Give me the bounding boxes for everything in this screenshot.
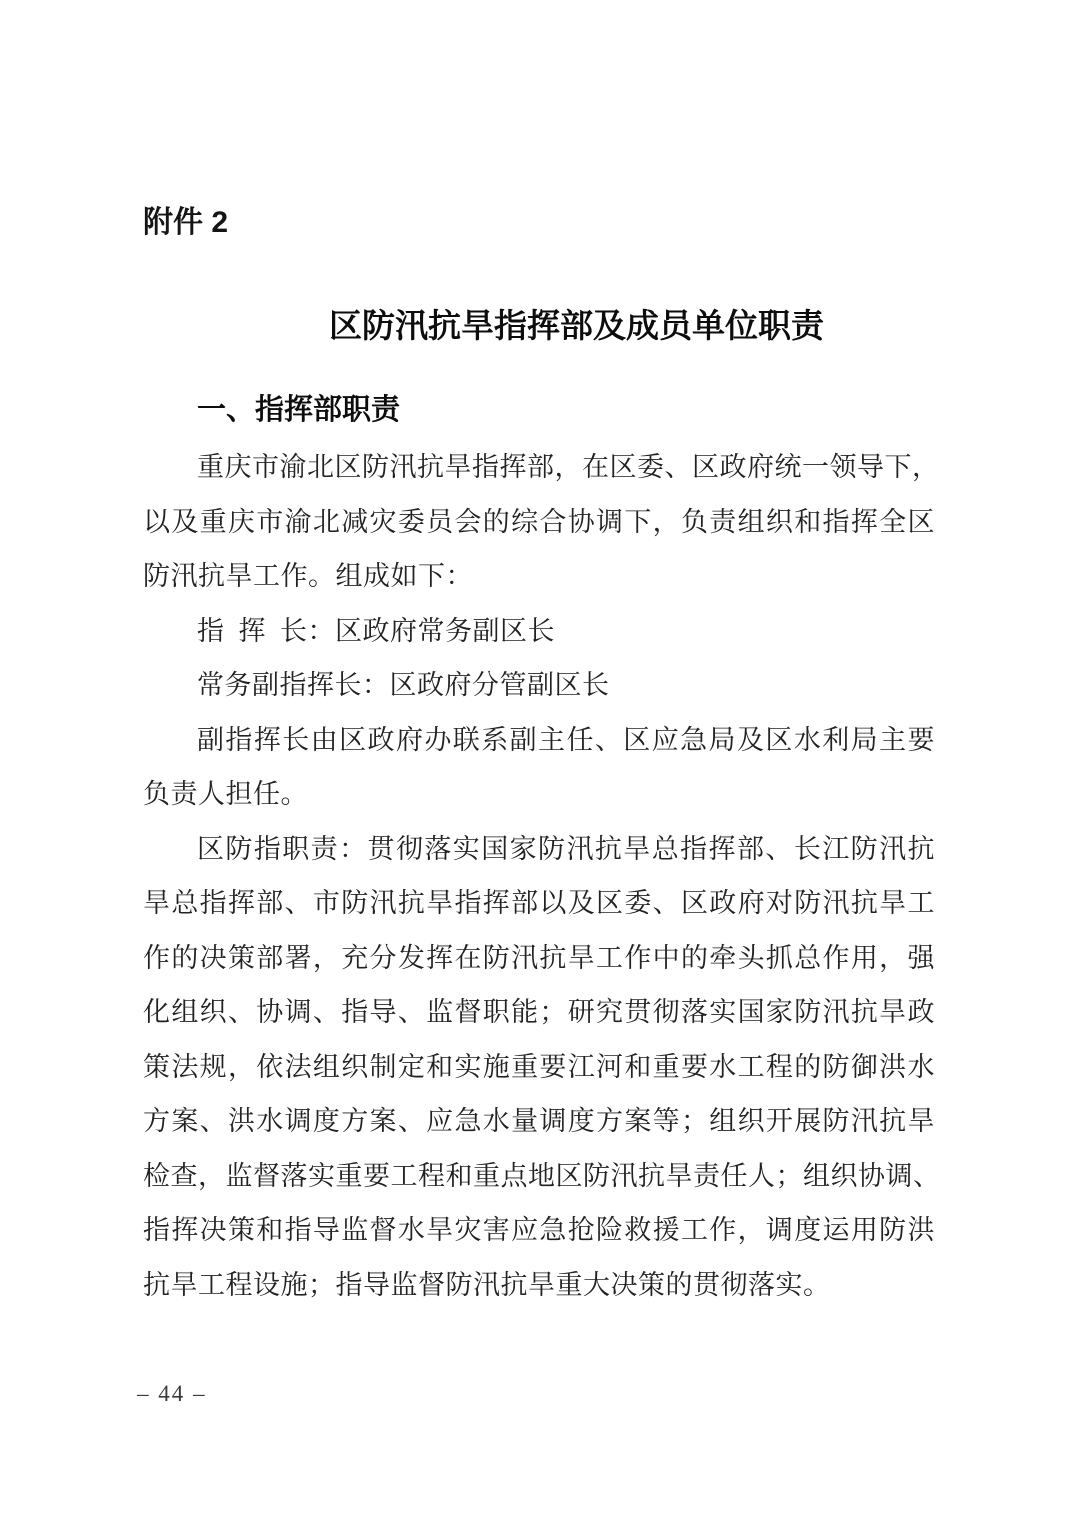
- body-line: 抗旱工程设施；指导监督防汛抗旱重大决策的贯彻落实。: [143, 1258, 935, 1313]
- page-number: – 44 –: [137, 1376, 207, 1412]
- body-line: 防汛抗旱工作。组成如下：: [143, 549, 935, 604]
- body-line: 化组织、协调、指导、监督职能；研究贯彻落实国家防汛抗旱政: [143, 985, 935, 1040]
- body-line: 检查，监督落实重要工程和重点地区防汛抗旱责任人；组织协调、: [143, 1149, 935, 1204]
- body-line: 副指挥长由区政府办联系副主任、区应急局及区水利局主要: [143, 713, 935, 768]
- body-line: 区防指职责：贯彻落实国家防汛抗旱总指挥部、长江防汛抗: [143, 822, 935, 877]
- body-line: 作的决策部署，充分发挥在防汛抗旱工作中的牵头抓总作用，强: [143, 931, 935, 986]
- body-line: 指 挥 长：区政府常务副区长: [143, 604, 935, 659]
- body-line: 指挥决策和指导监督水旱灾害应急抢险救援工作，调度运用防洪: [143, 1203, 935, 1258]
- body-line: 以及重庆市渝北减灾委员会的综合协调下，负责组织和指挥全区: [143, 495, 935, 550]
- document-body: 重庆市渝北区防汛抗旱指挥部，在区委、区政府统一领导下， 以及重庆市渝北减灾委员会…: [143, 440, 935, 1312]
- body-line: 常务副指挥长：区政府分管副区长: [143, 658, 935, 713]
- section-heading: 一、指挥部职责: [143, 383, 400, 437]
- body-line: 旱总指挥部、市防汛抗旱指挥部以及区委、区政府对防汛抗旱工: [143, 876, 935, 931]
- annex-label: 附件 2: [143, 196, 228, 250]
- body-line: 方案、洪水调度方案、应急水量调度方案等；组织开展防汛抗旱: [143, 1094, 935, 1149]
- body-line: 策法规，依法组织制定和实施重要江河和重要水工程的防御洪水: [143, 1040, 935, 1095]
- document-title: 区防汛抗旱指挥部及成员单位职责: [143, 299, 935, 353]
- document-page: 附件 2 区防汛抗旱指挥部及成员单位职责 一、指挥部职责 重庆市渝北区防汛抗旱指…: [0, 0, 1074, 1520]
- body-line: 重庆市渝北区防汛抗旱指挥部，在区委、区政府统一领导下，: [143, 440, 935, 495]
- body-line: 负责人担任。: [143, 767, 935, 822]
